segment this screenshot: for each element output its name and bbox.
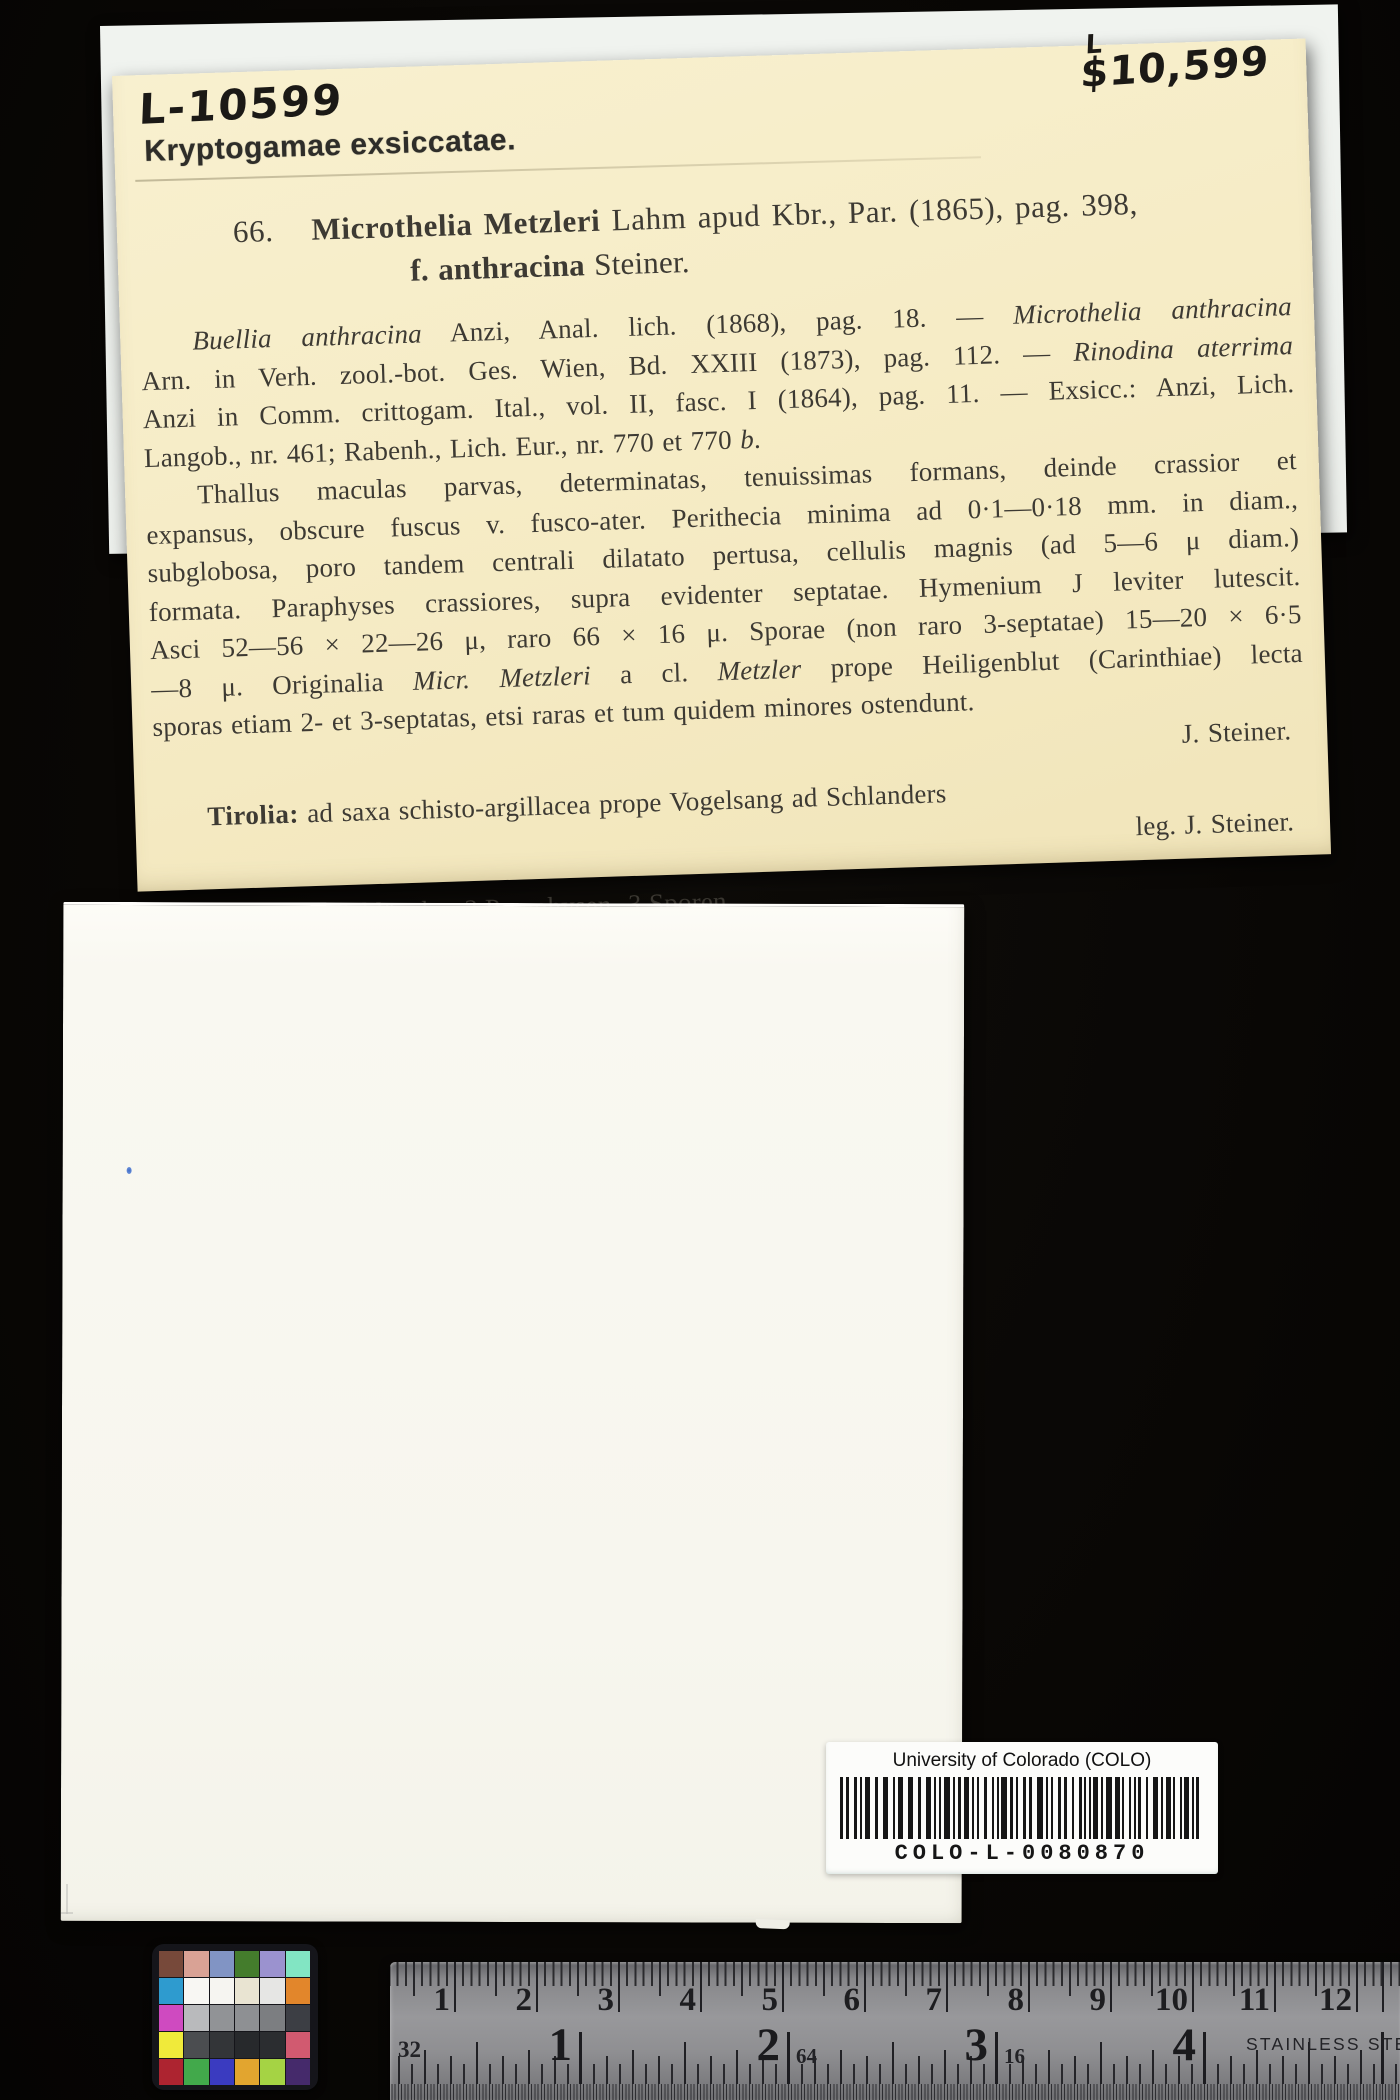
color-swatch: [260, 1978, 284, 2004]
label-text-segment: .: [753, 423, 761, 453]
color-swatch: [159, 2032, 183, 2058]
ruler-64th-ticks: [390, 2084, 1400, 2100]
color-swatch: [184, 1978, 208, 2004]
ruler-32nds-label: 32: [398, 2038, 421, 2061]
ruler-fraction-label: 64: [796, 2046, 817, 2067]
ruler-cm-number: 1: [412, 1984, 450, 2017]
ruler-cm-number: 2: [494, 1984, 532, 2017]
label-text-segment: leg. J. Steiner.: [1135, 806, 1294, 841]
color-swatch: [210, 1951, 234, 1977]
ink-dot: [127, 1167, 132, 1174]
color-swatch: [159, 2059, 183, 2085]
barcode-gap: [1199, 1777, 1204, 1839]
color-swatch: [286, 2032, 310, 2058]
label-text-segment: Buellia anthracina: [192, 318, 422, 355]
color-swatch: [260, 2059, 284, 2085]
color-calibration-chart: [152, 1944, 318, 2090]
color-swatch: [286, 2005, 310, 2031]
label-text-segment: b: [740, 424, 755, 454]
ruler-cm-number: 9: [1068, 1984, 1106, 2017]
color-swatch: [260, 2032, 284, 2058]
label-text-segment: Tirolia:: [207, 799, 299, 832]
label-text-segment: Steiner.: [584, 244, 690, 282]
label-text-segment: Microthelia Metzleri: [311, 203, 601, 247]
color-swatch: [159, 1951, 183, 1977]
color-chart-row: [159, 2005, 311, 2031]
color-swatch: [210, 2059, 234, 2085]
handwritten-accession-number: L $10,599: [1080, 38, 1271, 97]
label-text-segment: Rinodina aterrima: [1073, 330, 1294, 367]
color-chart-row: [159, 1951, 311, 1977]
color-swatch: [235, 1951, 259, 1977]
ruler-cm-number: 10: [1150, 1984, 1188, 2017]
color-swatch: [184, 2005, 208, 2031]
color-swatch: [235, 2032, 259, 2058]
handwritten-accession-value: $10,599: [1080, 38, 1271, 97]
label-text-segment: Microthelia anthracina: [1013, 291, 1293, 330]
metal-ruler: 123456789101112 12643164 32 STAINLESS ST…: [390, 1962, 1400, 2100]
label-text-segment: J. Steiner.: [1181, 715, 1291, 748]
label-text-segment: f. anthracina: [410, 247, 586, 287]
label-text-block: 66.Microthelia Metzleri Lahm apud Kbr., …: [136, 179, 1310, 938]
ruler-inch-number: 3: [924, 2022, 988, 2069]
ruler-cm-number: 7: [904, 1984, 942, 2017]
label-text-segment: Metzler: [717, 653, 802, 686]
photo-background: L-10599 Kryptogamae exsiccatae. L $10,59…: [0, 0, 1400, 2100]
ruler-inch-number: 2: [716, 2022, 780, 2069]
color-swatch: [184, 1951, 208, 1977]
barcode-icon: [840, 1777, 1204, 1839]
color-swatch: [286, 1978, 310, 2004]
ruler-cm-number: 5: [740, 1984, 778, 2017]
registration-mark: [66, 1884, 68, 1914]
color-swatch: [260, 1951, 284, 1977]
ruler-inch-number: 4: [1132, 2022, 1196, 2069]
ruler-cm-number: 3: [576, 1984, 614, 2017]
card-edge-tear: [756, 1919, 790, 1929]
label-text-segment: a cl.: [590, 656, 718, 690]
label-text-segment: 66.: [232, 213, 274, 249]
ruler-fraction-label: 16: [1004, 2046, 1025, 2067]
stainless-steel-text: STAINLESS STEEL: [1246, 2034, 1400, 2055]
color-swatch: [210, 2032, 234, 2058]
ruler-cm-number: 8: [986, 1984, 1024, 2017]
barcode-label: University of Colorado (COLO) COLO-L-008…: [826, 1742, 1218, 1874]
color-swatch: [235, 1978, 259, 2004]
ruler-cm-number: 12: [1314, 1984, 1352, 2017]
color-swatch: [184, 2032, 208, 2058]
ruler-cm-number: 6: [822, 1984, 860, 2017]
color-swatch: [286, 2059, 310, 2085]
ruler-inch-number: 1: [508, 2022, 572, 2069]
barcode-value: COLO-L-0080870: [826, 1841, 1218, 1866]
institution-name: University of Colorado (COLO): [826, 1750, 1218, 1772]
handwritten-accession-prefix: L: [1085, 29, 1104, 60]
handwritten-catalog-number: L-10599: [138, 75, 344, 134]
color-swatch: [184, 2059, 208, 2085]
color-swatch: [159, 1978, 183, 2004]
color-swatch: [210, 2005, 234, 2031]
color-chart-row: [159, 2032, 311, 2058]
color-swatch: [235, 2059, 259, 2085]
color-swatch: [260, 2005, 284, 2031]
color-chart-row: [159, 1978, 311, 2004]
label-text-segment: —8 μ. Originalia: [151, 665, 414, 703]
ruler-cm-number: 11: [1232, 1984, 1270, 2017]
color-swatch: [210, 1978, 234, 2004]
label-text-segment: Micr. Metzleri: [412, 660, 591, 696]
color-chart-row: [159, 2059, 311, 2085]
ruler-cm-number: 4: [658, 1984, 696, 2017]
color-swatch: [235, 2005, 259, 2031]
color-swatch: [286, 1951, 310, 1977]
specimen-label: L-10599 Kryptogamae exsiccatae. L $10,59…: [112, 38, 1331, 891]
color-swatch: [159, 2005, 183, 2031]
